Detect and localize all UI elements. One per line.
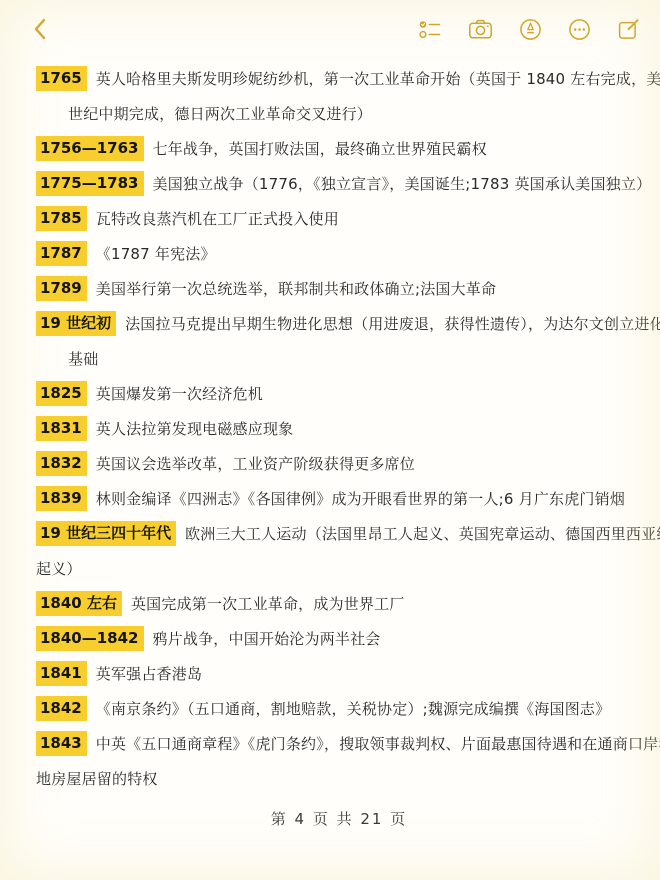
timeline-entry: 1843中英《五口通商章程》《虎门条约》，搜取领事裁判权、片面最惠国待遇和在通商… — [36, 726, 642, 796]
timeline-line: 1775—1783美国独立战争（1776，《独立宣言》，美国诞生;1783 英国… — [36, 166, 642, 201]
camera-button[interactable] — [468, 18, 493, 40]
timeline-line: 1839林则金编译《四洲志》《各国律例》成为开眼看世界的第一人;6 月广东虎门销… — [36, 481, 642, 516]
entry-text: 法国拉马克提出早期生物进化思想（用进废退，获得性遗传），为达尔文创立进化论奠定 — [125, 313, 660, 334]
date-highlight: 1756—1763 — [36, 136, 144, 162]
timeline-line: 1785瓦特改良蒸汽机在工厂正式投入使用 — [36, 201, 642, 236]
timeline-entry: 1840 左右英国完成第一次工业革命，成为世界工厂 — [36, 586, 642, 621]
entry-text: 美国举行第一次总统选举，联邦制共和政体确立;法国大革命 — [96, 278, 496, 299]
timeline-entry: 19 世纪三四十年代欧洲三大工人运动（法国里昂工人起义、英国宪章运动、德国西里西… — [36, 516, 642, 586]
entry-text: 《南京条约》（五口通商，割地赔款，关税协定）;魏源完成编撰《海国图志》 — [96, 698, 611, 719]
entry-text: 林则金编译《四洲志》《各国律例》成为开眼看世界的第一人;6 月广东虎门销烟 — [96, 488, 625, 509]
back-button[interactable] — [30, 16, 52, 42]
timeline-entry: 1756—1763七年战争，英国打败法国，最终确立世界殖民霸权 — [36, 131, 642, 166]
date-highlight: 1787 — [36, 241, 87, 267]
timeline-entry: 1825英国爆发第一次经济危机 — [36, 376, 642, 411]
checklist-button[interactable] — [417, 18, 442, 41]
date-highlight: 1843 — [36, 731, 87, 757]
date-highlight: 1832 — [36, 451, 87, 477]
entry-text: 中英《五口通商章程》《虎门条约》，搜取领事裁判权、片面最惠国待遇和在通商口岸租赁… — [96, 733, 660, 754]
entry-text: 英国议会选举改革，工业资产阶级获得更多席位 — [96, 453, 415, 474]
timeline-line: 1840 左右英国完成第一次工业革命，成为世界工厂 — [36, 586, 642, 621]
markup-button[interactable] — [519, 18, 542, 41]
timeline-line: 1841英军强占香港岛 — [36, 656, 642, 691]
entry-text: 鸦片战争，中国开始沦为两半社会 — [153, 628, 381, 649]
timeline-continuation-line: 世纪中期完成，德日两次工业革命交叉进行） — [36, 96, 642, 131]
timeline-line: 1832英国议会选举改革，工业资产阶级获得更多席位 — [36, 446, 642, 481]
entry-text: 世纪中期完成，德日两次工业革命交叉进行） — [68, 103, 372, 124]
entry-text: 英军强占香港岛 — [96, 663, 202, 684]
timeline-line: 1789美国举行第一次总统选举，联邦制共和政体确立;法国大革命 — [36, 271, 642, 306]
entry-text: 瓦特改良蒸汽机在工厂正式投入使用 — [96, 208, 339, 229]
entry-text: 英国爆发第一次经济危机 — [96, 383, 263, 404]
timeline-line: 1843中英《五口通商章程》《虎门条约》，搜取领事裁判权、片面最惠国待遇和在通商… — [36, 726, 642, 761]
timeline-line: 1842《南京条约》（五口通商，割地赔款，关税协定）;魏源完成编撰《海国图志》 — [36, 691, 642, 726]
timeline-line: 1787《1787 年宪法》 — [36, 236, 642, 271]
date-highlight: 1831 — [36, 416, 87, 442]
date-highlight: 1840 左右 — [36, 591, 122, 617]
timeline-entry: 1842《南京条约》（五口通商，割地赔款，关税协定）;魏源完成编撰《海国图志》 — [36, 691, 642, 726]
date-highlight: 1842 — [36, 696, 87, 722]
entry-text: 美国独立战争（1776，《独立宣言》，美国诞生;1783 英国承认美国独立） — [153, 173, 652, 194]
timeline-entry: 1775—1783美国独立战争（1776，《独立宣言》，美国诞生;1783 英国… — [36, 166, 642, 201]
timeline-line: 1765英人哈格里夫斯发明珍妮纺纱机，第一次工业革命开始（英国于 1840 左右… — [36, 61, 642, 96]
entry-text: 欧洲三大工人运动（法国里昂工人起义、英国宪章运动、德国西里西亚纺织工人 — [185, 523, 660, 544]
timeline-continuation-line: 起义） — [36, 551, 642, 586]
timeline-entry: 19 世纪初法国拉马克提出早期生物进化思想（用进废退，获得性遗传），为达尔文创立… — [36, 306, 642, 376]
compose-button[interactable] — [617, 18, 640, 41]
date-highlight: 1775—1783 — [36, 171, 144, 197]
back-chevron-icon — [30, 16, 52, 42]
timeline-entry: 1831英人法拉第发现电磁感应现象 — [36, 411, 642, 446]
timeline-continuation-line: 基础 — [36, 341, 642, 376]
timeline-line: 1756—1763七年战争，英国打败法国，最终确立世界殖民霸权 — [36, 131, 642, 166]
timeline-line: 19 世纪三四十年代欧洲三大工人运动（法国里昂工人起义、英国宪章运动、德国西里西… — [36, 516, 642, 551]
entry-text: 起义） — [36, 558, 82, 579]
more-ellipsis-icon — [568, 18, 591, 41]
date-highlight: 1839 — [36, 486, 87, 512]
date-highlight: 19 世纪初 — [36, 311, 116, 337]
entry-text: 英人法拉第发现电磁感应现象 — [96, 418, 294, 439]
date-highlight: 1840—1842 — [36, 626, 144, 652]
timeline-entry: 1785瓦特改良蒸汽机在工厂正式投入使用 — [36, 201, 642, 236]
date-highlight: 1785 — [36, 206, 87, 232]
page-indicator: 第 4 页 共 21 页 — [36, 808, 642, 829]
checklist-icon — [417, 18, 442, 41]
timeline-entry: 1840—1842鸦片战争，中国开始沦为两半社会 — [36, 621, 642, 656]
entry-text: 七年战争，英国打败法国，最终确立世界殖民霸权 — [153, 138, 487, 159]
date-highlight: 19 世纪三四十年代 — [36, 521, 176, 547]
entry-text: 地房屋居留的特权 — [36, 768, 158, 789]
timeline-entry: 1832英国议会选举改革，工业资产阶级获得更多席位 — [36, 446, 642, 481]
date-highlight: 1765 — [36, 66, 87, 92]
timeline-line: 1825英国爆发第一次经济危机 — [36, 376, 642, 411]
entry-text: 英国完成第一次工业革命，成为世界工厂 — [131, 593, 405, 614]
compose-icon — [617, 18, 640, 41]
entry-text: 基础 — [68, 348, 98, 369]
camera-icon — [468, 18, 493, 40]
timeline-entry: 1765英人哈格里夫斯发明珍妮纺纱机，第一次工业革命开始（英国于 1840 左右… — [36, 61, 642, 131]
date-highlight: 1789 — [36, 276, 87, 302]
date-highlight: 1825 — [36, 381, 87, 407]
timeline-entry: 1787《1787 年宪法》 — [36, 236, 642, 271]
toolbar — [0, 0, 660, 58]
timeline-line: 19 世纪初法国拉马克提出早期生物进化思想（用进废退，获得性遗传），为达尔文创立… — [36, 306, 642, 341]
note-content: 1765英人哈格里夫斯发明珍妮纺纱机，第一次工业革命开始（英国于 1840 左右… — [0, 58, 660, 829]
date-highlight: 1841 — [36, 661, 87, 687]
timeline-list: 1765英人哈格里夫斯发明珍妮纺纱机，第一次工业革命开始（英国于 1840 左右… — [36, 61, 642, 796]
timeline-entry: 1841英军强占香港岛 — [36, 656, 642, 691]
timeline-line: 1840—1842鸦片战争，中国开始沦为两半社会 — [36, 621, 642, 656]
markup-pen-icon — [519, 18, 542, 41]
timeline-continuation-line: 地房屋居留的特权 — [36, 761, 642, 796]
timeline-entry: 1789美国举行第一次总统选举，联邦制共和政体确立;法国大革命 — [36, 271, 642, 306]
timeline-entry: 1839林则金编译《四洲志》《各国律例》成为开眼看世界的第一人;6 月广东虎门销… — [36, 481, 642, 516]
toolbar-actions — [417, 18, 640, 41]
entry-text: 英人哈格里夫斯发明珍妮纺纱机，第一次工业革命开始（英国于 1840 左右完成，美… — [96, 68, 660, 89]
timeline-line: 1831英人法拉第发现电磁感应现象 — [36, 411, 642, 446]
more-button[interactable] — [568, 18, 591, 41]
entry-text: 《1787 年宪法》 — [96, 243, 216, 264]
